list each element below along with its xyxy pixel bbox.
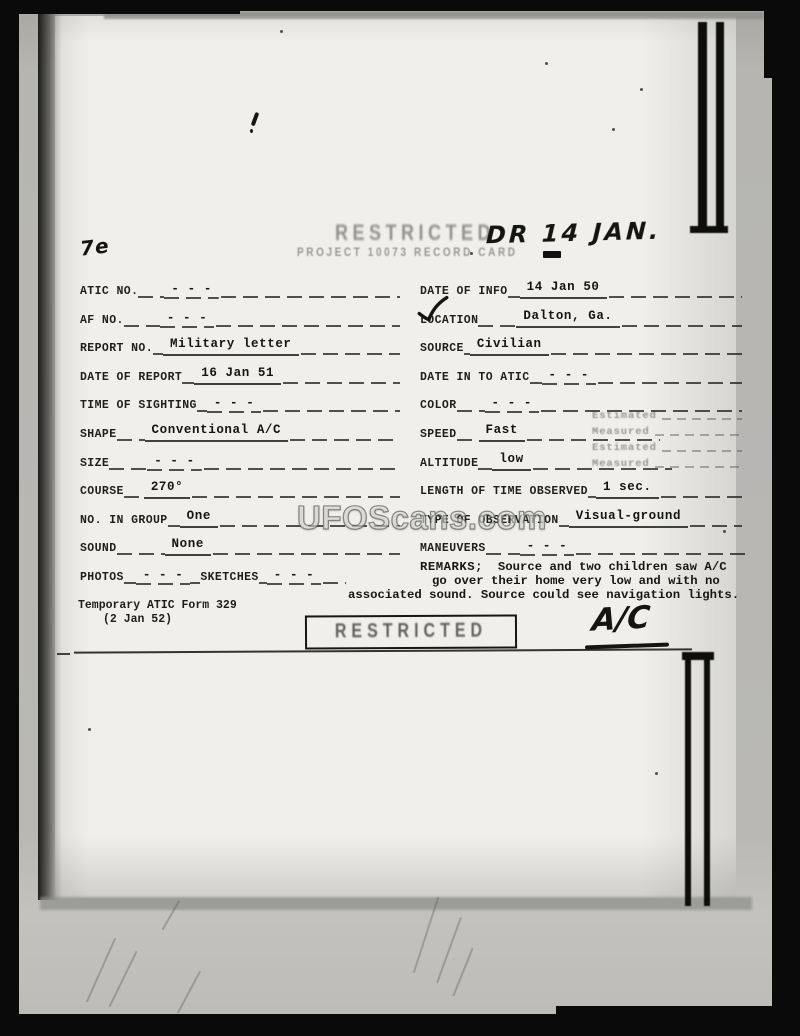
remarks-line-2: go over their home very low and with no <box>432 574 720 588</box>
field-value: One <box>180 510 218 528</box>
field-value: Dalton, Ga. <box>516 310 619 328</box>
field-value: Military letter <box>163 338 299 356</box>
field-shape: SHAPE Conventional A/C <box>80 426 402 442</box>
field-label: DATE OF REPORT <box>80 372 182 385</box>
field-label: AF NO. <box>80 315 124 328</box>
field-time-of-sighting: TIME OF SIGHTING - - - <box>80 397 402 413</box>
option-speed-estimated: Estimated <box>592 408 742 421</box>
option-altitude-estimated: Estimated <box>592 440 742 453</box>
handwritten-date-note: DR 14 JAN. <box>485 217 661 250</box>
field-date-of-report: DATE OF REPORT 16 Jan 51 <box>80 369 402 385</box>
field-label: SKETCHES <box>200 572 258 585</box>
field-report-no: REPORT NO. Military letter <box>80 340 402 356</box>
card-bottom-edge-dash <box>57 653 70 655</box>
field-course: COURSE 270° <box>80 483 402 499</box>
field-value: - - - <box>164 283 219 299</box>
field-value: Conventional A/C <box>145 424 289 442</box>
speck <box>640 88 643 91</box>
speck <box>280 30 283 33</box>
field-date-in-to-atic: DATE IN TO ATIC - - - <box>420 369 744 385</box>
field-photos-sketches: PHOTOS - - - SKETCHES - - - <box>80 569 348 585</box>
field-label: PHOTOS <box>80 572 124 585</box>
field-value: 16 Jan 51 <box>194 367 281 385</box>
field-value: Civilian <box>470 338 549 356</box>
page-bottom-edge <box>40 897 752 910</box>
field-value: - - - <box>160 312 215 328</box>
speck <box>723 530 726 533</box>
field-label: MANEUVERS <box>420 543 486 556</box>
scan-frame-left <box>0 0 19 1022</box>
field-size: SIZE - - - <box>80 455 402 471</box>
stray-pen-dot <box>250 129 253 133</box>
field-label: DATE IN TO ATIC <box>420 372 530 385</box>
speck <box>470 252 473 255</box>
scan-frame-right <box>775 0 800 1036</box>
field-value: - - - <box>147 455 202 471</box>
field-value: - - - <box>542 369 597 385</box>
field-label: LENGTH OF TIME OBSERVED <box>420 486 588 499</box>
field-value: - - - <box>136 569 191 585</box>
watermark: UFOScans.com <box>297 501 547 534</box>
field-value: - - - <box>207 397 262 413</box>
field-value: 14 Jan 50 <box>520 281 607 299</box>
speck <box>612 128 615 131</box>
remarks-line-1: REMARKS; Source and two children saw A/C <box>420 560 727 574</box>
speck <box>88 728 91 731</box>
field-af-no: AF NO. - - - <box>80 312 402 328</box>
field-value: - - - <box>520 540 575 556</box>
field-label: TIME OF SIGHTING <box>80 400 197 413</box>
field-label: ATIC NO. <box>80 286 138 299</box>
field-value: - - - <box>267 569 322 585</box>
field-value: 270° <box>144 481 190 499</box>
field-atic-no: ATIC NO. - - - <box>80 283 402 299</box>
field-date-of-info: DATE OF INFO 14 Jan 50 <box>420 283 744 299</box>
field-value: - - - <box>485 397 540 413</box>
field-label: REPORT NO. <box>80 343 153 356</box>
field-label: SOUND <box>80 543 117 556</box>
field-value: Visual-ground <box>569 510 688 528</box>
field-label: ALTITUDE <box>420 458 478 471</box>
field-value: 1 sec. <box>596 481 659 499</box>
page-left-edge-shadow <box>38 14 62 900</box>
field-length-of-time-observed: LENGTH OF TIME OBSERVED 1 sec. <box>420 483 744 499</box>
binding-mark-bottom <box>682 652 716 908</box>
field-maneuvers: MANEUVERS - - - <box>420 540 750 556</box>
field-value: None <box>165 538 211 556</box>
remarks-label: REMARKS; <box>420 560 483 574</box>
restricted-stamp-boxed: RESTRICTED <box>335 622 487 643</box>
location-check-mark <box>416 295 453 324</box>
field-label: SIZE <box>80 458 109 471</box>
scan-frame-corner-tr <box>764 0 800 78</box>
form-name: Temporary ATIC Form 329 <box>78 600 237 613</box>
field-label: COLOR <box>420 400 457 413</box>
remarks-line-3: associated sound. Source could see navig… <box>348 588 739 602</box>
speck <box>545 62 548 65</box>
field-label: SPEED <box>420 429 457 442</box>
binding-mark-top <box>690 22 730 234</box>
handwritten-corner-note: 7e <box>79 233 111 260</box>
restricted-stamp-header: RESTRICTED <box>335 221 495 244</box>
option-altitude-measured: Measured <box>592 456 742 469</box>
option-speed-measured: Measured <box>592 424 742 437</box>
field-location: LOCATION Dalton, Ga. <box>420 312 744 328</box>
handwritten-ac-note: A/C <box>590 599 651 638</box>
field-value: Fast <box>479 424 525 442</box>
field-label: NO. IN GROUP <box>80 515 168 528</box>
field-value: low <box>492 453 530 471</box>
field-label: COURSE <box>80 486 124 499</box>
scan-frame-corner-br <box>556 1006 800 1036</box>
field-source: SOURCE Civilian <box>420 340 744 356</box>
field-label: SHAPE <box>80 429 117 442</box>
scan-frame-top-left <box>0 0 240 14</box>
form-date: (2 Jan 52) <box>103 614 172 627</box>
restricted-stamp-box: RESTRICTED <box>305 614 517 649</box>
ink-blob <box>543 251 561 258</box>
speck <box>655 772 658 775</box>
project-record-card-line: PROJECT 10073 RECORD CARD <box>297 248 518 260</box>
field-sound: SOUND None <box>80 540 402 556</box>
field-label: SOURCE <box>420 343 464 356</box>
